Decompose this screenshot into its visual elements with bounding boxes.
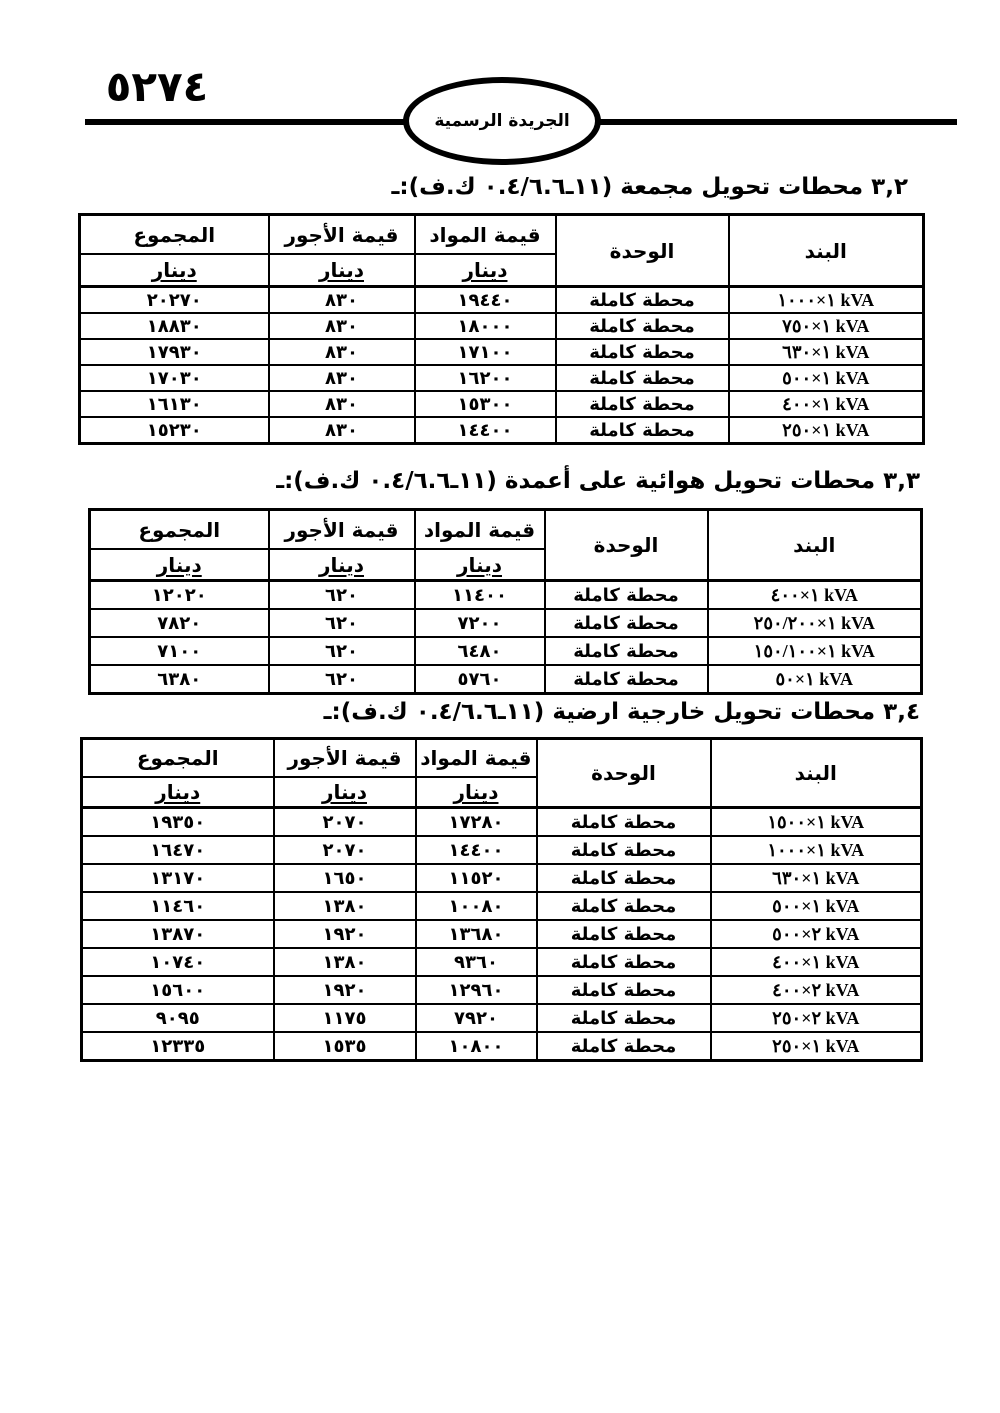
gazette-banner: الجريدة الرسمية <box>403 77 601 165</box>
column-header-total: المجموع <box>90 510 269 550</box>
table-row: ١×٤٠٠ kVAمحطة كاملة٩٣٦٠١٣٨٠١٠٧٤٠ <box>82 948 922 976</box>
column-header-item: البند <box>708 510 922 581</box>
total-value-cell: ١٥٢٣٠ <box>80 417 269 444</box>
wages-value-cell: ٦٢٠ <box>269 581 415 610</box>
item-cell: ٢×٥٠٠ kVA <box>711 920 922 948</box>
unit-cell: محطة كاملة <box>556 339 729 365</box>
table-row: ١×٢٥٠ kVAمحطة كاملة١٤٤٠٠٨٣٠١٥٢٣٠ <box>80 417 924 444</box>
table-row: ١×٥٠٠ kVAمحطة كاملة١٠٠٨٠١٣٨٠١١٤٦٠ <box>82 892 922 920</box>
materials-value-cell: ١٩٤٤٠ <box>415 287 556 314</box>
column-header-wages: قيمة الأجور <box>269 215 415 255</box>
column-header-wages: قيمة الأجور <box>274 739 416 778</box>
gazette-page: ٥٢٧٤ الجريدة الرسمية ٣,٢ محطات تحويل مجم… <box>0 0 1000 1413</box>
materials-value-cell: ١٥٣٠٠ <box>415 391 556 417</box>
wages-value-cell: ٦٢٠ <box>269 665 415 694</box>
item-rating-value: ١×٧٥٠ kVA <box>782 316 869 336</box>
unit-cell: محطة كاملة <box>537 920 711 948</box>
total-value-cell: ١٦١٣٠ <box>80 391 269 417</box>
item-rating-value: ١×١٠٠٠ kVA <box>777 290 874 310</box>
item-rating-value: ١×٤٠٠ kVA <box>772 952 859 972</box>
page-number: ٥٢٧٤ <box>92 64 222 110</box>
table-row: ١×٢٥٠/٢٠٠ kVAمحطة كاملة٧٢٠٠٦٢٠٧٨٢٠ <box>90 609 922 637</box>
unit-cell: محطة كاملة <box>537 976 711 1004</box>
unit-cell: محطة كاملة <box>537 892 711 920</box>
rates-table-combined-stations: البندالوحدةقيمة الموادقيمة الأجورالمجموع… <box>78 213 925 445</box>
wages-value-cell: ١١٧٥ <box>274 1004 416 1032</box>
unit-cell: محطة كاملة <box>556 365 729 391</box>
currency-label: دينار <box>269 254 415 287</box>
currency-label: دينار <box>415 549 545 581</box>
column-header-item: البند <box>729 215 924 287</box>
item-rating-value: ١×٥٠٠ kVA <box>782 368 869 388</box>
column-header-materials: قيمة المواد <box>415 215 556 255</box>
item-cell: ٢×٢٥٠ kVA <box>711 1004 922 1032</box>
item-rating-value: ١×٦٣٠ kVA <box>772 868 859 888</box>
item-cell: ١×٥٠٠ kVA <box>729 365 924 391</box>
table-row: ١×١٥٠٠ kVAمحطة كاملة١٧٢٨٠٢٠٧٠١٩٣٥٠ <box>82 808 922 837</box>
materials-value-cell: ٩٣٦٠ <box>416 948 537 976</box>
currency-label: دينار <box>80 254 269 287</box>
item-rating-value: ١×٢٥٠ kVA <box>772 1036 859 1056</box>
materials-value-cell: ١٤٤٠٠ <box>415 417 556 444</box>
item-cell: ١×١٥٠/١٠٠ kVA <box>708 637 922 665</box>
wages-value-cell: ١٩٢٠ <box>274 976 416 1004</box>
total-value-cell: ١٨٨٣٠ <box>80 313 269 339</box>
item-cell: ١×٥٠ kVA <box>708 665 922 694</box>
item-cell: ١×٢٥٠/٢٠٠ kVA <box>708 609 922 637</box>
materials-value-cell: ١١٤٠٠ <box>415 581 545 610</box>
table-row: ١×١٠٠٠ kVAمحطة كاملة١٤٤٠٠٢٠٧٠١٦٤٧٠ <box>82 836 922 864</box>
materials-value-cell: ٧٩٢٠ <box>416 1004 537 1032</box>
gazette-banner-title: الجريدة الرسمية <box>434 111 569 131</box>
item-cell: ٢×٤٠٠ kVA <box>711 976 922 1004</box>
total-value-cell: ٢٠٢٧٠ <box>80 287 269 314</box>
item-rating-value: ١×٤٠٠ kVA <box>771 585 858 605</box>
table-row: ١×٤٠٠ kVAمحطة كاملة١٥٣٠٠٨٣٠١٦١٣٠ <box>80 391 924 417</box>
total-value-cell: ١٧٩٣٠ <box>80 339 269 365</box>
wages-value-cell: ٨٣٠ <box>269 313 415 339</box>
table-row: ١×٢٥٠ kVAمحطة كاملة١٠٨٠٠١٥٣٥١٢٣٣٥ <box>82 1032 922 1061</box>
item-rating-value: ٢×٤٠٠ kVA <box>772 980 859 1000</box>
unit-cell: محطة كاملة <box>545 665 708 694</box>
total-value-cell: ٦٣٨٠ <box>90 665 269 694</box>
materials-value-cell: ١٧١٠٠ <box>415 339 556 365</box>
rates-table-pole-mounted-stations: البندالوحدةقيمة الموادقيمة الأجورالمجموع… <box>88 508 923 695</box>
item-cell: ١×٥٠٠ kVA <box>711 892 922 920</box>
total-value-cell: ١٠٧٤٠ <box>82 948 274 976</box>
item-cell: ١×١٠٠٠ kVA <box>729 287 924 314</box>
wages-value-cell: ١٣٨٠ <box>274 892 416 920</box>
total-value-cell: ١٥٦٠٠ <box>82 976 274 1004</box>
item-rating-value: ٢×٢٥٠ kVA <box>772 1008 859 1028</box>
column-header-total: المجموع <box>82 739 274 778</box>
unit-cell: محطة كاملة <box>537 836 711 864</box>
currency-label: دينار <box>90 549 269 581</box>
item-cell: ١×٤٠٠ kVA <box>711 948 922 976</box>
column-header-item: البند <box>711 739 922 808</box>
wages-value-cell: ١٣٨٠ <box>274 948 416 976</box>
unit-cell: محطة كاملة <box>556 417 729 444</box>
materials-value-cell: ٥٧٦٠ <box>415 665 545 694</box>
column-header-total: المجموع <box>80 215 269 255</box>
table-row: ٢×٥٠٠ kVAمحطة كاملة١٣٦٨٠١٩٢٠١٣٨٧٠ <box>82 920 922 948</box>
column-header-materials: قيمة المواد <box>416 739 537 778</box>
materials-value-cell: ١٠٠٨٠ <box>416 892 537 920</box>
item-cell: ١×٧٥٠ kVA <box>729 313 924 339</box>
table-row: ١×٥٠٠ kVAمحطة كاملة١٦٢٠٠٨٣٠١٧٠٣٠ <box>80 365 924 391</box>
column-header-materials: قيمة المواد <box>415 510 545 550</box>
total-value-cell: ١٢٠٢٠ <box>90 581 269 610</box>
total-value-cell: ١٣٨٧٠ <box>82 920 274 948</box>
item-cell: ١×٦٣٠ kVA <box>729 339 924 365</box>
item-rating-value: ١×٢٥٠ kVA <box>782 420 869 440</box>
column-header-unit: الوحدة <box>537 739 711 808</box>
materials-value-cell: ١٨٠٠٠ <box>415 313 556 339</box>
column-header-unit: الوحدة <box>556 215 729 287</box>
currency-label: دينار <box>416 777 537 808</box>
total-value-cell: ١٦٤٧٠ <box>82 836 274 864</box>
unit-cell: محطة كاملة <box>545 581 708 610</box>
section-heading-3-4: ٣,٤ محطات تحويل خارجية ارضية (١١ـ٦.٦‏/‏٠… <box>324 699 920 725</box>
wages-value-cell: ٦٢٠ <box>269 637 415 665</box>
item-cell: ١×٤٠٠ kVA <box>729 391 924 417</box>
unit-cell: محطة كاملة <box>556 313 729 339</box>
materials-value-cell: ١٠٨٠٠ <box>416 1032 537 1061</box>
currency-label: دينار <box>269 549 415 581</box>
unit-cell: محطة كاملة <box>537 948 711 976</box>
item-cell: ١×١٥٠٠ kVA <box>711 808 922 837</box>
wages-value-cell: ٨٣٠ <box>269 365 415 391</box>
wages-value-cell: ١٥٣٥ <box>274 1032 416 1061</box>
unit-cell: محطة كاملة <box>556 287 729 314</box>
table-row: ١×١٠٠٠ kVAمحطة كاملة١٩٤٤٠٨٣٠٢٠٢٧٠ <box>80 287 924 314</box>
unit-cell: محطة كاملة <box>537 864 711 892</box>
total-value-cell: ١٢٣٣٥ <box>82 1032 274 1061</box>
item-cell: ١×٦٣٠ kVA <box>711 864 922 892</box>
item-rating-value: ١×٥٠ kVA <box>776 669 853 689</box>
column-header-wages: قيمة الأجور <box>269 510 415 550</box>
item-rating-value: ١×٦٣٠ kVA <box>782 342 869 362</box>
wages-value-cell: ٨٣٠ <box>269 391 415 417</box>
section-heading-3-3: ٣,٣ محطات تحويل هوائية على أعمدة (١١ـ٦.٦… <box>276 468 920 494</box>
total-value-cell: ١٧٠٣٠ <box>80 365 269 391</box>
wages-value-cell: ١٦٥٠ <box>274 864 416 892</box>
currency-label: دينار <box>274 777 416 808</box>
total-value-cell: ١١٤٦٠ <box>82 892 274 920</box>
wages-value-cell: ٢٠٧٠ <box>274 808 416 837</box>
column-header-unit: الوحدة <box>545 510 708 581</box>
wages-value-cell: ٢٠٧٠ <box>274 836 416 864</box>
table-row: ٢×٤٠٠ kVAمحطة كاملة١٢٩٦٠١٩٢٠١٥٦٠٠ <box>82 976 922 1004</box>
item-cell: ١×٢٥٠ kVA <box>711 1032 922 1061</box>
currency-label: دينار <box>415 254 556 287</box>
item-rating-value: ١×٢٥٠/٢٠٠ kVA <box>754 613 875 633</box>
unit-cell: محطة كاملة <box>537 808 711 837</box>
table-row: ١×٦٣٠ kVAمحطة كاملة١١٥٢٠١٦٥٠١٣١٧٠ <box>82 864 922 892</box>
total-value-cell: ٩٠٩٥ <box>82 1004 274 1032</box>
wages-value-cell: ٨٣٠ <box>269 287 415 314</box>
unit-cell: محطة كاملة <box>537 1032 711 1061</box>
unit-cell: محطة كاملة <box>545 609 708 637</box>
materials-value-cell: ٧٢٠٠ <box>415 609 545 637</box>
item-cell: ١×٢٥٠ kVA <box>729 417 924 444</box>
table-row: ١×١٥٠/١٠٠ kVAمحطة كاملة٦٤٨٠٦٢٠٧١٠٠ <box>90 637 922 665</box>
materials-value-cell: ١٤٤٠٠ <box>416 836 537 864</box>
item-rating-value: ٢×٥٠٠ kVA <box>772 924 859 944</box>
unit-cell: محطة كاملة <box>537 1004 711 1032</box>
total-value-cell: ٧٨٢٠ <box>90 609 269 637</box>
item-rating-value: ١×١٥٠/١٠٠ kVA <box>754 641 875 661</box>
item-cell: ١×٤٠٠ kVA <box>708 581 922 610</box>
rates-table-outdoor-ground-stations: البندالوحدةقيمة الموادقيمة الأجورالمجموع… <box>80 737 923 1062</box>
table-row: ١×٦٣٠ kVAمحطة كاملة١٧١٠٠٨٣٠١٧٩٣٠ <box>80 339 924 365</box>
item-rating-value: ١×١٠٠٠ kVA <box>767 840 864 860</box>
unit-cell: محطة كاملة <box>556 391 729 417</box>
total-value-cell: ٧١٠٠ <box>90 637 269 665</box>
total-value-cell: ١٩٣٥٠ <box>82 808 274 837</box>
materials-value-cell: ١١٥٢٠ <box>416 864 537 892</box>
table-row: ١×٧٥٠ kVAمحطة كاملة١٨٠٠٠٨٣٠١٨٨٣٠ <box>80 313 924 339</box>
table-row: ١×٤٠٠ kVAمحطة كاملة١١٤٠٠٦٢٠١٢٠٢٠ <box>90 581 922 610</box>
item-rating-value: ١×٥٠٠ kVA <box>772 896 859 916</box>
materials-value-cell: ١٢٩٦٠ <box>416 976 537 1004</box>
table-row: ١×٥٠ kVAمحطة كاملة٥٧٦٠٦٢٠٦٣٨٠ <box>90 665 922 694</box>
wages-value-cell: ٦٢٠ <box>269 609 415 637</box>
unit-cell: محطة كاملة <box>545 637 708 665</box>
item-cell: ١×١٠٠٠ kVA <box>711 836 922 864</box>
wages-value-cell: ٨٣٠ <box>269 339 415 365</box>
item-rating-value: ١×٤٠٠ kVA <box>782 394 869 414</box>
currency-label: دينار <box>82 777 274 808</box>
wages-value-cell: ١٩٢٠ <box>274 920 416 948</box>
wages-value-cell: ٨٣٠ <box>269 417 415 444</box>
materials-value-cell: ١٣٦٨٠ <box>416 920 537 948</box>
materials-value-cell: ١٧٢٨٠ <box>416 808 537 837</box>
materials-value-cell: ٦٤٨٠ <box>415 637 545 665</box>
section-heading-3-2: ٣,٢ محطات تحويل مجمعة (١١ـ٦.٦‏/‏٠.٤ ك.ف)… <box>392 174 908 200</box>
materials-value-cell: ١٦٢٠٠ <box>415 365 556 391</box>
item-rating-value: ١×١٥٠٠ kVA <box>767 812 864 832</box>
total-value-cell: ١٣١٧٠ <box>82 864 274 892</box>
table-row: ٢×٢٥٠ kVAمحطة كاملة٧٩٢٠١١٧٥٩٠٩٥ <box>82 1004 922 1032</box>
